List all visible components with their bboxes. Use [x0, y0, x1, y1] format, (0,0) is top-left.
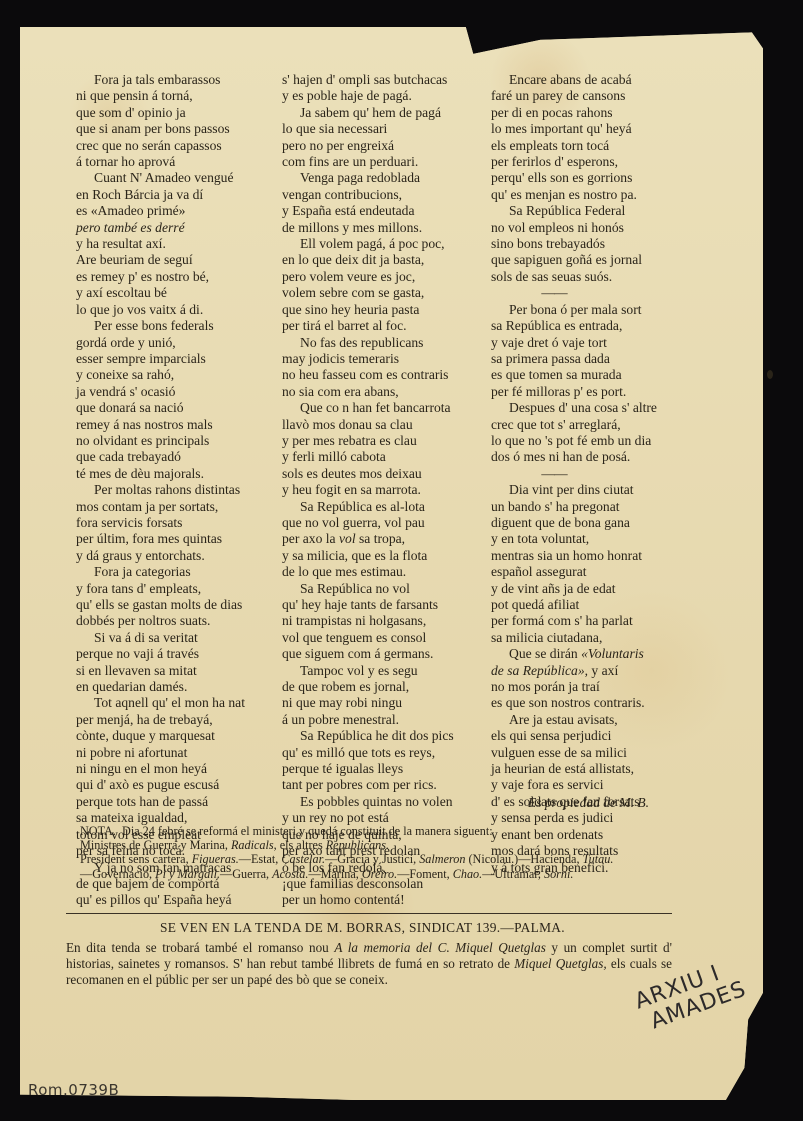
poem-line: y heu fogit en sa marrota.	[282, 482, 454, 498]
poem-line: gordá orde y unió,	[76, 335, 245, 351]
poem-line: y coneixe sa rahó,	[76, 367, 245, 383]
poem-line: á un pobre menestral.	[282, 712, 454, 728]
poem-line: qui d' axò es pugue escusá	[76, 777, 245, 793]
poem-line: tant per pobres com per rics.	[282, 777, 454, 793]
poem-line: remey á nas nostros mals	[76, 417, 245, 433]
poem-line: mentras sia un homo honrat	[491, 548, 657, 564]
poem-line: Are beuriam de seguí	[76, 252, 245, 268]
poem-line: els qui sensa perjudici	[491, 728, 657, 744]
nota-line-2: Ministres de Guerra y Marina, Radicals, …	[80, 838, 389, 852]
poem-line: Que se dirán «Voluntaris	[491, 646, 657, 662]
poem-line: Sa República Federal	[491, 203, 657, 219]
poem-line: perque tots han de passá	[76, 794, 245, 810]
poem-line: á tornar ho aprová	[76, 154, 245, 170]
poem-line: els empleats torn tocá	[491, 138, 657, 154]
poem-line: si en llevaven sa mitat	[76, 663, 245, 679]
poem-line: español assegurat	[491, 564, 657, 580]
poem-line: de lo que mes estimau.	[282, 564, 454, 580]
poem-line: per formá com s' ha parlat	[491, 613, 657, 629]
poem-line: Per bona ó per mala sort	[491, 302, 657, 318]
poem-line: es «Amadeo primé»	[76, 203, 245, 219]
divider-rule	[66, 913, 672, 914]
poem-line: de que robem es jornal,	[282, 679, 454, 695]
poem-column-2: s' hajen d' ompli sas butchacasy es pobl…	[282, 72, 454, 909]
poem-line: sa primera passa dada	[491, 351, 657, 367]
poem-line: y de vint añs ja de edat	[491, 581, 657, 597]
poem-line: que donará sa nació	[76, 400, 245, 416]
poem-line: Es pobbles quintas no volen	[282, 794, 454, 810]
shop-heading: SE VEN EN LA TENDA DE M. BORRAS, SINDICA…	[160, 920, 565, 936]
poem-line: volem sebre com se gasta,	[282, 285, 454, 301]
poem-line: que siguem com á germans.	[282, 646, 454, 662]
poem-line: No fas des republicans	[282, 335, 454, 351]
poem-line: dos ó mes ni han de posá.	[491, 449, 657, 465]
poem-column-3: Encare abans de acabáfaré un parey de ca…	[491, 72, 657, 876]
poem-line: sa República es entrada,	[491, 318, 657, 334]
poem-line: lo que no 's pot fé emb un dia	[491, 433, 657, 449]
poem-line: ni trampistas ni holgasans,	[282, 613, 454, 629]
poem-line: per ferirlos d' esperons,	[491, 154, 657, 170]
poem-line: que si anam per bons passos	[76, 121, 245, 137]
poem-line: es que tomen sa murada	[491, 367, 657, 383]
poem-line: de sa República», y axí	[491, 663, 657, 679]
poem-line: Fora ja tals embarassos	[76, 72, 245, 88]
poem-line: en Roch Bárcia ja va dí	[76, 187, 245, 203]
poem-line: qu' es milló que tots es reys,	[282, 745, 454, 761]
poem-line: vol que tenguem es consol	[282, 630, 454, 646]
nota-line-1: Dia 24 febré se reformá el ministeri y q…	[122, 824, 493, 838]
poem-line: s' hajen d' ompli sas butchacas	[282, 72, 454, 88]
poem-line: pot quedá afiliat	[491, 597, 657, 613]
poem-line: faré un parey de cansons	[491, 88, 657, 104]
poem-line: lo mes important qu' heyá	[491, 121, 657, 137]
poem-line: may jodicis temeraris	[282, 351, 454, 367]
poem-line: en lo que deix dit ja basta,	[282, 252, 454, 268]
poem-line: Tampoc vol y es segu	[282, 663, 454, 679]
poem-line: no olvidant es principals	[76, 433, 245, 449]
poem-line: sols es deutes mos deixau	[282, 466, 454, 482]
poem-line: perqu' ells son es gorrions	[491, 170, 657, 186]
poem-line: sino bons trebayadós	[491, 236, 657, 252]
poem-line: per un homo contentá!	[282, 892, 454, 908]
poem-column-1: Fora ja tals embarassosni que pensin á t…	[76, 72, 245, 909]
poem-line: y per mes rebatra es clau	[282, 433, 454, 449]
poem-line: y dá graus y entorchats.	[76, 548, 245, 564]
poem-line: perque té igualas lleys	[282, 761, 454, 777]
poem-line: Per moltas rahons distintas	[76, 482, 245, 498]
poem-line: Sa República he dit dos pics	[282, 728, 454, 744]
poem-line: vulguen esse de sa milici	[491, 745, 657, 761]
poem-line: es remey p' es nostro bé,	[76, 269, 245, 285]
poem-line: no sia com era abans,	[282, 384, 454, 400]
shop-paragraph: En dita tenda se trobará també el romans…	[66, 940, 672, 988]
stanza-separator: ——	[491, 285, 657, 301]
poem-line: per últim, fora mes quintas	[76, 531, 245, 547]
poem-line: es que son nostros contraris.	[491, 695, 657, 711]
signature: Es propiedad de M. B.	[528, 795, 649, 811]
poem-line: Are ja estau avisats,	[491, 712, 657, 728]
poem-line: per di en pocas rahons	[491, 105, 657, 121]
poem-line: Tot aqnell qu' el mon ha nat	[76, 695, 245, 711]
poem-line: Encare abans de acabá	[491, 72, 657, 88]
poem-line: per fé milloras p' es port.	[491, 384, 657, 400]
poem-line: dobbés per noltros suats.	[76, 613, 245, 629]
ink-blot-decoration	[767, 370, 773, 379]
poem-line: Sa República no vol	[282, 581, 454, 597]
poem-line: Sa República es al-lota	[282, 499, 454, 515]
poem-line: no heu fasseu com es contraris	[282, 367, 454, 383]
poem-line: ni ningu en el mon heyá	[76, 761, 245, 777]
poem-line: no vol empleos ni honós	[491, 220, 657, 236]
poem-line: Si va á di sa veritat	[76, 630, 245, 646]
poem-line: llavò mos donau sa clau	[282, 417, 454, 433]
poem-line: per tirá el barret al foc.	[282, 318, 454, 334]
shelfmark-handwritten: Rom.0739B	[28, 1081, 119, 1099]
poem-line: crec que no serán capassos	[76, 138, 245, 154]
poem-line: y España está endeutada	[282, 203, 454, 219]
poem-line: lo que jo vos vaitx á di.	[76, 302, 245, 318]
poem-line: sols de sas seuas suós.	[491, 269, 657, 285]
poem-line: cònte, duque y marquesat	[76, 728, 245, 744]
poem-line: y ferli milló cabota	[282, 449, 454, 465]
nota-line-3: President sens cartera, Figueras.—Estat,…	[80, 852, 613, 866]
poem-line: y sa milicia, que es la flota	[282, 548, 454, 564]
nota-line-4: —Governació, Pi y Margall.—Guerra, Acost…	[80, 867, 573, 881]
poem-line: ja vendrá s' ocasió	[76, 384, 245, 400]
poem-line: que sapiguen goñá es jornal	[491, 252, 657, 268]
poem-line: com fins are un perduari.	[282, 154, 454, 170]
poem-line: qu' es pillos qu' España heyá	[76, 892, 245, 908]
poem-line: y es poble haje de pagá.	[282, 88, 454, 104]
poem-line: Ja sabem qu' hem de pagá	[282, 105, 454, 121]
poem-line: y vaje fora es servici	[491, 777, 657, 793]
nota-label: NOTA.	[80, 824, 116, 838]
poem-line: vengan contribucions,	[282, 187, 454, 203]
poem-line: qu' ells se gastan molts de dias	[76, 597, 245, 613]
poem-line: en quedarian damés.	[76, 679, 245, 695]
poem-line: un bando s' ha pregonat	[491, 499, 657, 515]
poem-line: de millons y mes millons.	[282, 220, 454, 236]
poem-line: y axí escoltau bé	[76, 285, 245, 301]
nota-block: NOTA. Dia 24 febré se reformá el ministe…	[80, 824, 613, 881]
poem-line: pero volem veure es joc,	[282, 269, 454, 285]
poem-line: que no vol guerra, vol pau	[282, 515, 454, 531]
stanza-separator: ——	[491, 466, 657, 482]
poem-line: ni que pensin á torná,	[76, 88, 245, 104]
poem-line: Per esse bons federals	[76, 318, 245, 334]
poem-line: crec que tot s' arreglará,	[491, 417, 657, 433]
poem-line: que som d' opinio ja	[76, 105, 245, 121]
poem-line: Despues d' una cosa s' altre	[491, 400, 657, 416]
poem-line: sa milicia ciutadana,	[491, 630, 657, 646]
poem-line: y en tota voluntat,	[491, 531, 657, 547]
poem-line: que cada trebayadó	[76, 449, 245, 465]
poem-line: Que co n han fet bancarrota	[282, 400, 454, 416]
poem-line: lo que sia necessari	[282, 121, 454, 137]
poem-line: pero no per engreixá	[282, 138, 454, 154]
poem-line: y vaje dret ó vaje tort	[491, 335, 657, 351]
poem-line: per axo la vol sa tropa,	[282, 531, 454, 547]
poem-line: qu' es menjan es nostro pa.	[491, 187, 657, 203]
poem-line: esser sempre imparcials	[76, 351, 245, 367]
poem-line: Cuant N' Amadeo vengué	[76, 170, 245, 186]
poem-line: ni que may robi ningu	[282, 695, 454, 711]
poem-line: perque no vaji á través	[76, 646, 245, 662]
poem-line: Fora ja categorias	[76, 564, 245, 580]
poem-line: Venga paga redoblada	[282, 170, 454, 186]
poem-line: té mes de dèu majorals.	[76, 466, 245, 482]
poem-line: mos contam ja per sortats,	[76, 499, 245, 515]
poem-line: ja heurian de está allistats,	[491, 761, 657, 777]
poem-line: Ell volem pagá, á poc poc,	[282, 236, 454, 252]
poem-line: y fora tans d' empleats,	[76, 581, 245, 597]
poem-line: no mos porán ja traí	[491, 679, 657, 695]
poem-line: diguent que de bona gana	[491, 515, 657, 531]
poem-line: Dia vint per dins ciutat	[491, 482, 657, 498]
poem-line: per menjá, ha de trebayá,	[76, 712, 245, 728]
poem-line: ni pobre ni afortunat	[76, 745, 245, 761]
poem-line: y ha resultat axí.	[76, 236, 245, 252]
poem-line: pero també es derré	[76, 220, 245, 236]
poem-line: que sino hey heuria pasta	[282, 302, 454, 318]
poem-line: fora servicis forsats	[76, 515, 245, 531]
poem-line: qu' hey haje tants de farsants	[282, 597, 454, 613]
